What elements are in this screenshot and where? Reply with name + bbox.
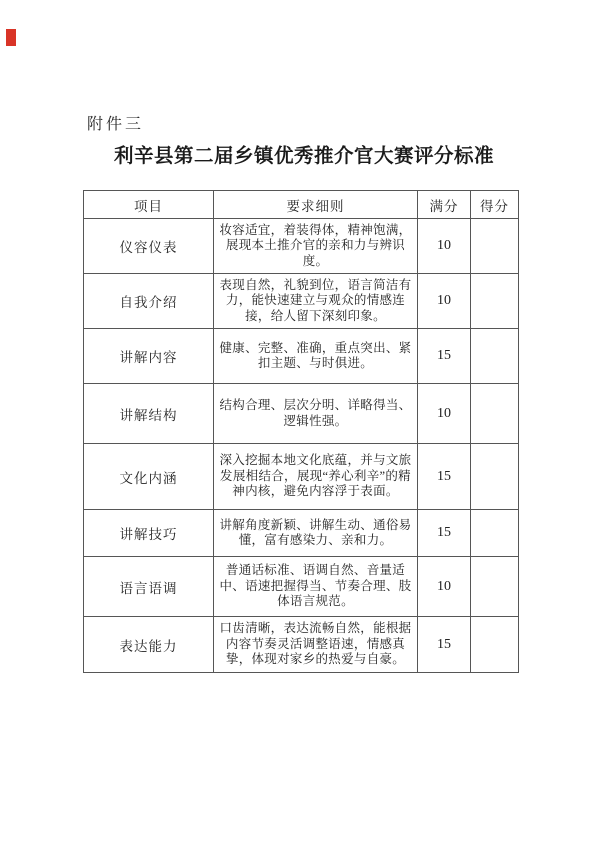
criteria-cell: 妆容适宜，着装得体，精神饱满，展现本土推介官的亲和力与辨识度。	[214, 219, 418, 274]
red-corner-mark	[6, 29, 16, 46]
max-score-cell: 15	[418, 444, 471, 510]
item-cell: 仪容仪表	[84, 219, 214, 274]
max-score-cell: 15	[418, 329, 471, 384]
score-cell	[471, 444, 519, 510]
max-score-cell: 10	[418, 274, 471, 329]
table-header-row: 项目 要求细则 满分 得分	[84, 191, 519, 219]
criteria-cell: 讲解角度新颖、讲解生动、通俗易懂，富有感染力、亲和力。	[214, 510, 418, 557]
max-score-cell: 15	[418, 617, 471, 673]
item-cell: 文化内涵	[84, 444, 214, 510]
header-item: 项目	[84, 191, 214, 219]
score-cell	[471, 219, 519, 274]
page-title: 利辛县第二届乡镇优秀推介官大赛评分标准	[0, 140, 600, 168]
score-cell	[471, 274, 519, 329]
table-row: 表达能力 口齿清晰，表达流畅自然，能根据内容节奏灵活调整语速，情感真挚，体现对家…	[84, 617, 519, 673]
table-row: 语言语调 普通话标准、语调自然、音量适中、语速把握得当、节奏合理、肢体语言规范。…	[84, 557, 519, 617]
max-score-cell: 10	[418, 557, 471, 617]
header-max-score: 满分	[418, 191, 471, 219]
item-cell: 自我介绍	[84, 274, 214, 329]
score-cell	[471, 557, 519, 617]
item-cell: 讲解结构	[84, 384, 214, 444]
table-row: 讲解技巧 讲解角度新颖、讲解生动、通俗易懂，富有感染力、亲和力。 15	[84, 510, 519, 557]
max-score-cell: 10	[418, 384, 471, 444]
criteria-cell: 普通话标准、语调自然、音量适中、语速把握得当、节奏合理、肢体语言规范。	[214, 557, 418, 617]
criteria-cell: 结构合理、层次分明、详略得当、逻辑性强。	[214, 384, 418, 444]
table-row: 仪容仪表 妆容适宜，着装得体，精神饱满，展现本土推介官的亲和力与辨识度。 10	[84, 219, 519, 274]
item-cell: 讲解技巧	[84, 510, 214, 557]
max-score-cell: 15	[418, 510, 471, 557]
scoring-table: 项目 要求细则 满分 得分 仪容仪表 妆容适宜，着装得体，精神饱满，展现本土推介…	[83, 190, 519, 673]
criteria-cell: 健康、完整、准确，重点突出、紧扣主题、与时俱进。	[214, 329, 418, 384]
item-cell: 语言语调	[84, 557, 214, 617]
item-cell: 讲解内容	[84, 329, 214, 384]
score-cell	[471, 329, 519, 384]
score-cell	[471, 384, 519, 444]
table-row: 自我介绍 表现自然，礼貌到位，语言简洁有力，能快速建立与观众的情感连接，给人留下…	[84, 274, 519, 329]
criteria-cell: 口齿清晰，表达流畅自然，能根据内容节奏灵活调整语速，情感真挚，体现对家乡的热爱与…	[214, 617, 418, 673]
attachment-label: 附件三	[87, 111, 144, 134]
item-cell: 表达能力	[84, 617, 214, 673]
table-row: 讲解内容 健康、完整、准确，重点突出、紧扣主题、与时俱进。 15	[84, 329, 519, 384]
header-criteria: 要求细则	[214, 191, 418, 219]
criteria-cell: 深入挖掘本地文化底蕴，并与文旅发展相结合，展现“养心利辛”的精神内核，避免内容浮…	[214, 444, 418, 510]
header-score: 得分	[471, 191, 519, 219]
score-cell	[471, 617, 519, 673]
document-page: 附件三 利辛县第二届乡镇优秀推介官大赛评分标准 项目 要求细则 满分 得分 仪容…	[0, 0, 600, 849]
criteria-cell: 表现自然，礼貌到位，语言简洁有力，能快速建立与观众的情感连接，给人留下深刻印象。	[214, 274, 418, 329]
max-score-cell: 10	[418, 219, 471, 274]
table-row: 文化内涵 深入挖掘本地文化底蕴，并与文旅发展相结合，展现“养心利辛”的精神内核，…	[84, 444, 519, 510]
table-row: 讲解结构 结构合理、层次分明、详略得当、逻辑性强。 10	[84, 384, 519, 444]
score-cell	[471, 510, 519, 557]
